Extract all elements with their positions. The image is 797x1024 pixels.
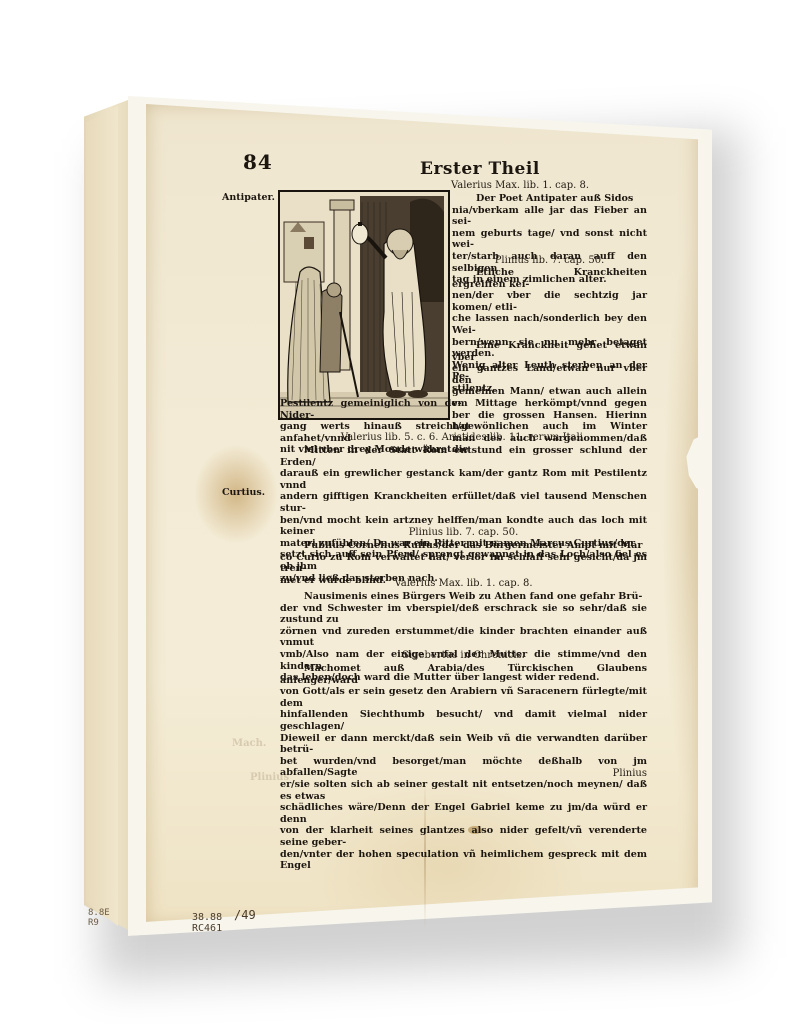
- citation: Plinius lib. 7. cap. 50.: [452, 255, 647, 266]
- bleed-through-text: Plinius: [250, 772, 289, 783]
- margin-note-curtius: Curtius.: [222, 487, 265, 498]
- inventory-fraction: /49: [234, 908, 256, 922]
- citation: Sigebertus in Chronicis.: [280, 650, 647, 661]
- woodcut-illustration: [278, 190, 450, 420]
- woodcut-figure-image: [280, 192, 448, 418]
- citation: Valerius lib. 5. c. 6. Aristides lib. 11…: [280, 432, 647, 443]
- catchword: Plinius: [580, 768, 647, 779]
- page-number: 84: [243, 150, 273, 174]
- citation: Valerius Max. lib. 1. cap. 8.: [420, 180, 620, 191]
- bleed-through-text: Mach.: [232, 738, 266, 749]
- book-page: 84 Erster Theil Antipater. Curtius.: [0, 0, 797, 1024]
- margin-note-antipater: Antipater.: [222, 192, 275, 203]
- running-head: Erster Theil: [420, 159, 540, 179]
- inventory-mark: 38.88 RC461: [192, 912, 222, 934]
- citation: Valerius Max. lib. 1. cap. 8.: [280, 578, 647, 589]
- citation: Plinius lib. 7. cap. 50.: [280, 527, 647, 538]
